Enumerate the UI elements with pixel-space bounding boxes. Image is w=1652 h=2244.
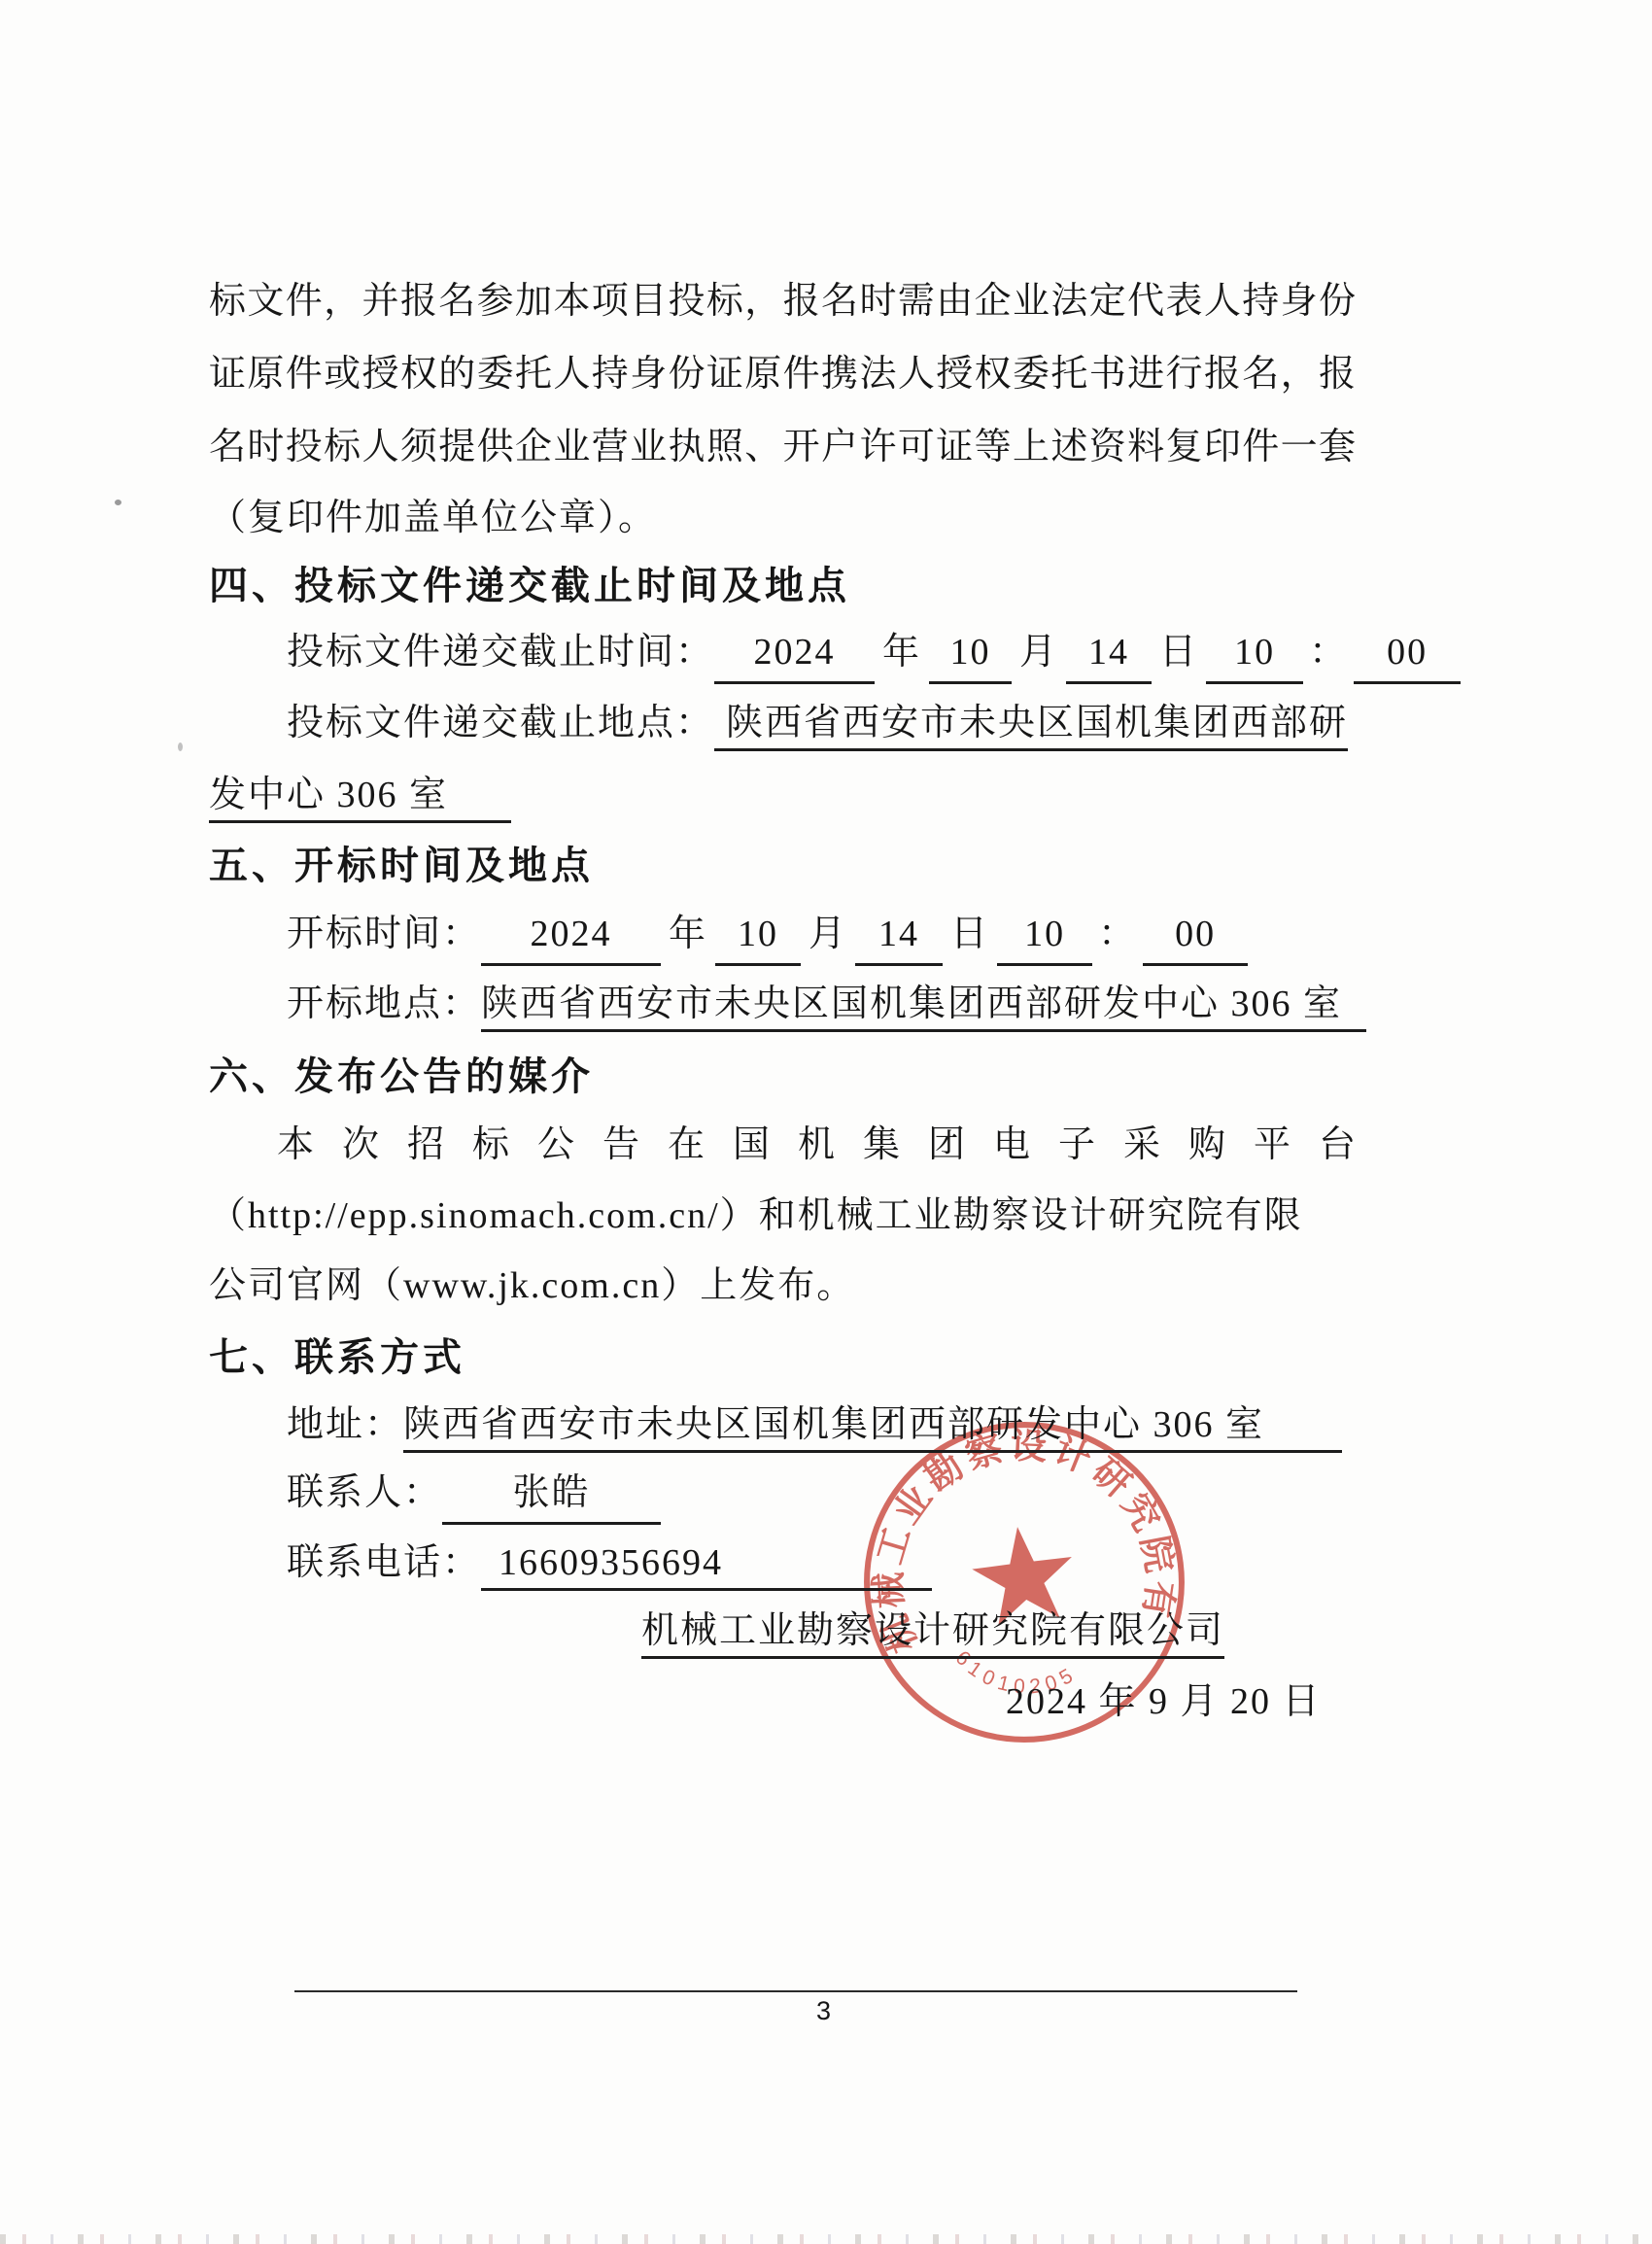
phone-value: 16609356694 [481, 1542, 932, 1591]
section7-heading: 七、联系方式 [209, 1333, 465, 1382]
deadline-minute-blank: 00 [1354, 630, 1461, 684]
place-value-line1: 陕西省西安市未央区国机集团西部研 [714, 703, 1348, 751]
time-separator: ： [1309, 632, 1348, 673]
contact-label: 联系人： [287, 1472, 442, 1513]
section6-heading: 六、发布公告的媒介 [209, 1053, 594, 1101]
month-suffix: 月 [1019, 632, 1058, 673]
open-year-blank: 2024 [481, 912, 661, 966]
section4-deadline-line: 投标文件递交截止时间：2024年10月14日10：00 [287, 630, 1461, 684]
scan-speck [178, 742, 183, 751]
day-suffix: 日 [950, 914, 989, 954]
section5-heading: 五、开标时间及地点 [209, 842, 594, 890]
paragraph-line-3: 名时投标人须提供企业营业执照、开户许可证等上述资料复印件一套 [209, 425, 1356, 471]
place-value-line2: 发中心 306 室 [209, 775, 511, 823]
open-day-blank: 14 [855, 912, 943, 966]
scan-noise-strip [0, 2234, 1652, 2244]
open-minute-blank: 00 [1143, 912, 1248, 966]
month-suffix: 月 [809, 914, 847, 954]
year-suffix: 年 [669, 914, 707, 954]
section5-place-line: 开标地点：陕西省西安市未央区国机集团西部研发中心 306 室 [287, 982, 1366, 1028]
deadline-hour-blank: 10 [1206, 630, 1303, 684]
open-place-value: 陕西省西安市未央区国机集团西部研发中心 306 室 [481, 984, 1366, 1032]
section6-line3: 公司官网（www.jk.com.cn）上发布。 [209, 1263, 855, 1310]
open-hour-blank: 10 [997, 912, 1092, 966]
open-time-label: 开标时间： [287, 914, 481, 954]
scan-speck [115, 500, 121, 505]
page-number: 3 [816, 1996, 831, 2026]
contact-line: 联系人：张皓 [287, 1470, 661, 1525]
time-separator: ： [1098, 914, 1137, 954]
day-suffix: 日 [1159, 632, 1198, 673]
footer-rule [294, 1990, 1297, 1992]
section4-heading: 四、投标文件递交截止时间及地点 [209, 562, 850, 610]
deadline-label: 投标文件递交截止时间： [287, 632, 714, 673]
phone-line: 联系电话：16609356694 [287, 1540, 932, 1587]
section4-place-line: 投标文件递交截止地点：陕西省西安市未央区国机集团西部研 [287, 701, 1348, 747]
paragraph-line-1: 标文件，并报名参加本项目投标，报名时需由企业法定代表人持身份 [209, 279, 1356, 326]
open-place-label: 开标地点： [287, 984, 481, 1024]
address-value: 陕西省西安市未央区国机集团西部研发中心 306 室 [403, 1404, 1342, 1453]
deadline-month-blank: 10 [929, 630, 1012, 684]
phone-label: 联系电话： [287, 1542, 481, 1583]
section6-line1: 本次招标公告在国机集团电子采购平台 [277, 1122, 1356, 1169]
contact-value-blank: 张皓 [442, 1470, 661, 1525]
document-page: 标文件，并报名参加本项目投标，报名时需由企业法定代表人持身份 证原件或授权的委托… [0, 0, 1652, 2244]
section6-line2: （http://epp.sinomach.com.cn/）和机械工业勘察设计研究… [209, 1193, 1303, 1240]
place-label: 投标文件递交截止地点： [287, 703, 714, 743]
deadline-day-blank: 14 [1066, 630, 1152, 684]
open-month-blank: 10 [715, 912, 801, 966]
section4-place-line2: 发中心 306 室 [209, 773, 511, 819]
deadline-year-blank: 2024 [714, 630, 875, 684]
signature-date: 2024 年 9 月 20 日 [1006, 1679, 1322, 1726]
section5-time-line: 开标时间：2024年10月14日10：00 [287, 912, 1248, 966]
paragraph-line-4: （复印件加盖单位公章）。 [209, 496, 657, 542]
year-suffix: 年 [882, 632, 921, 673]
paragraph-line-2: 证原件或授权的委托人持身份证原件携法人授权委托书进行报名，报 [209, 352, 1356, 398]
address-line: 地址：陕西省西安市未央区国机集团西部研发中心 306 室 [287, 1402, 1342, 1449]
signature-company-line: 机械工业勘察设计研究院有限公司 [641, 1608, 1224, 1655]
signature-company: 机械工业勘察设计研究院有限公司 [641, 1610, 1224, 1659]
address-label: 地址： [287, 1404, 403, 1445]
